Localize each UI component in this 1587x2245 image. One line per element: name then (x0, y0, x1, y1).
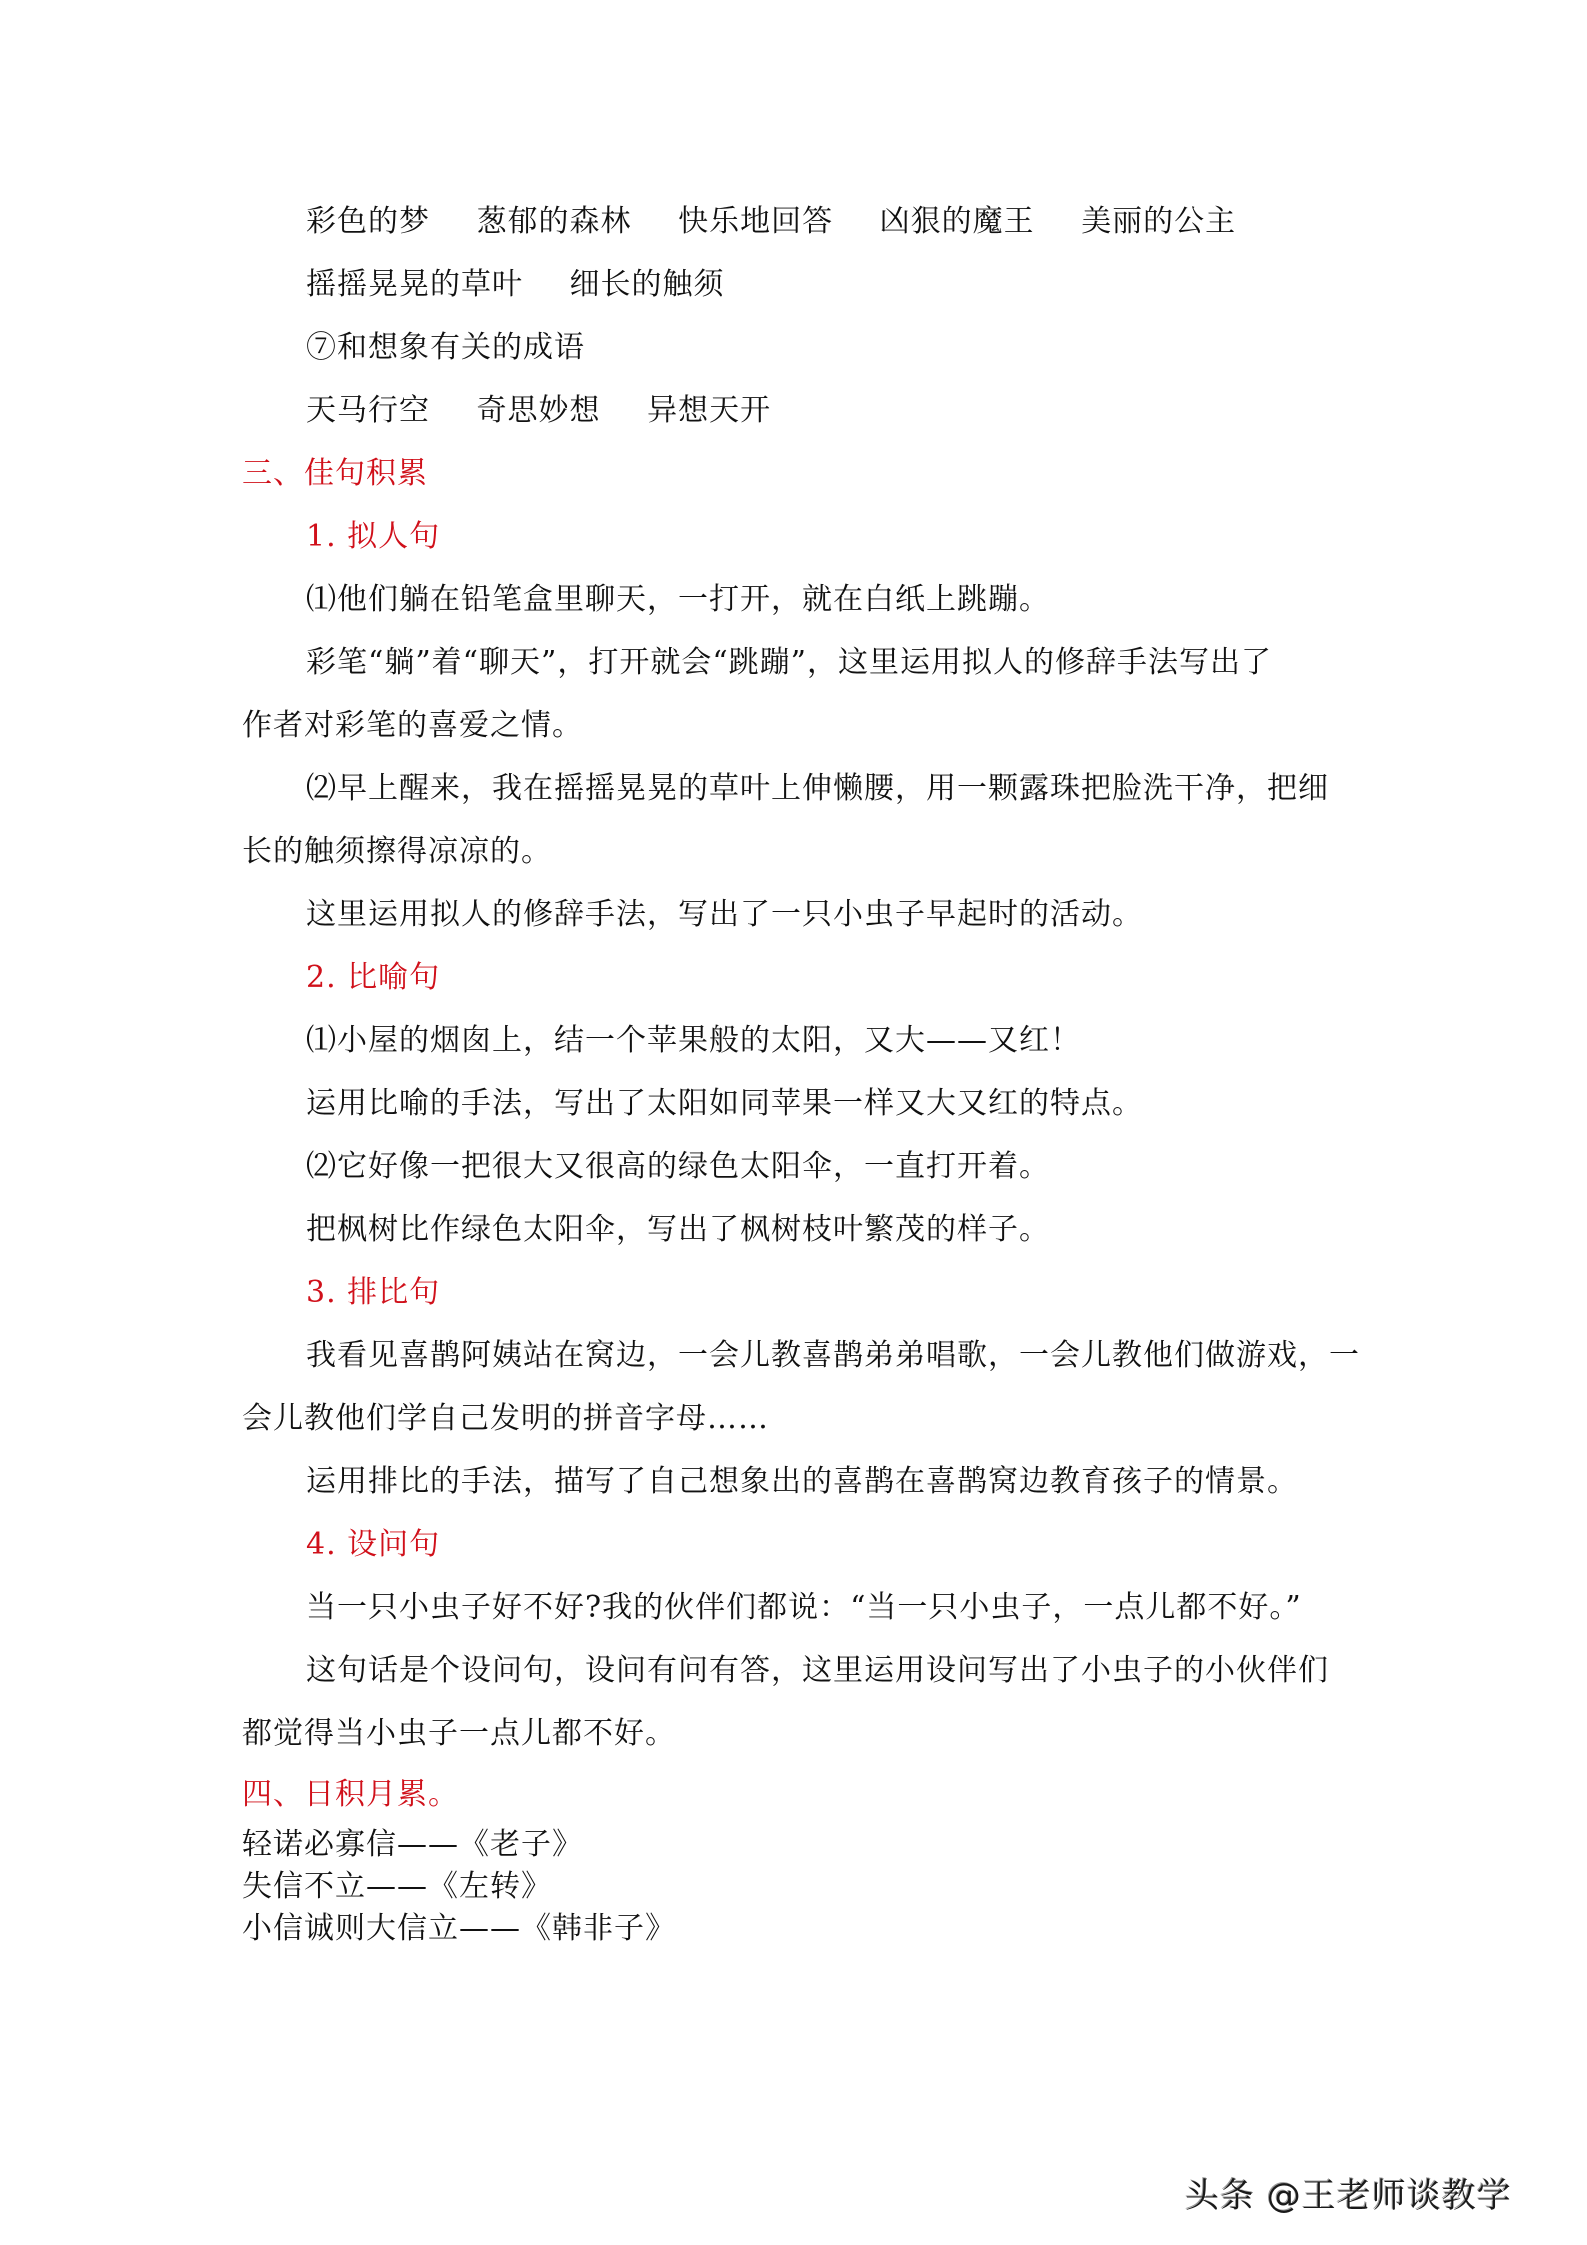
example-text: ⑴他们躺在铅笔盒里聊天，一打开，就在白纸上跳蹦。 (306, 580, 1050, 620)
vocab-word: 细长的触须 (570, 267, 725, 302)
quote-line: 失信不立——《左转》 (242, 1867, 552, 1907)
explanation-text: 这句话是个设问句，设问有问有答，这里运用设问写出了小虫子的小伙伴们 (306, 1651, 1329, 1691)
example-text: 当一只小虫子好不好?我的伙伴们都说：“当一只小虫子，一点儿都不好。” (306, 1588, 1302, 1628)
quote-line: 小信诚则大信立——《韩非子》 (242, 1909, 676, 1949)
vocab-line-1: 彩色的梦 葱郁的森林 快乐地回答 凶狠的魔王 美丽的公主 (306, 202, 1272, 242)
example-text: ⑵它好像一把很大又很高的绿色太阳伞，一直打开着。 (306, 1147, 1050, 1187)
vocab-line-2: 摇摇晃晃的草叶 细长的触须 (306, 265, 761, 305)
example-text: ⑴小屋的烟囱上，结一个苹果般的太阳，又大——又红！ (306, 1021, 1081, 1061)
explanation-text: 这里运用拟人的修辞手法，写出了一只小虫子早起时的活动。 (306, 895, 1143, 935)
section3-title: 三、佳句积累 (242, 454, 428, 494)
idiom-word: 奇思妙想 (477, 393, 601, 428)
idiom-word: 天马行空 (306, 393, 430, 428)
subsection-title-rhetorical-question: 4. 设问句 (306, 1525, 440, 1565)
vocab-word: 彩色的梦 (306, 204, 430, 239)
subsection-title-personification: 1. 拟人句 (306, 517, 440, 557)
section4-title: 四、日积月累。 (242, 1775, 459, 1815)
example-text: ⑵早上醒来，我在摇摇晃晃的草叶上伸懒腰，用一颗露珠把脸洗干净，把细 (306, 769, 1329, 809)
explanation-text: 作者对彩笔的喜爱之情。 (242, 706, 583, 746)
vocab-word: 快乐地回答 (678, 204, 833, 239)
vocab-word: 摇摇晃晃的草叶 (306, 267, 523, 302)
explanation-text: 运用比喻的手法，写出了太阳如同苹果一样又大又红的特点。 (306, 1084, 1143, 1124)
explanation-text: 都觉得当小虫子一点儿都不好。 (242, 1714, 676, 1754)
subsection-title-parallelism: 3. 排比句 (306, 1273, 440, 1313)
explanation-text: 彩笔“躺”着“聊天”，打开就会“跳蹦”，这里运用拟人的修辞手法写出了 (306, 643, 1272, 683)
example-text: 会儿教他们学自己发明的拼音字母…… (242, 1399, 769, 1439)
example-text: 我看见喜鹊阿姨站在窝边，一会儿教喜鹊弟弟唱歌，一会儿教他们做游戏，一 (306, 1336, 1360, 1376)
vocab-word: 美丽的公主 (1081, 204, 1236, 239)
document-page: 彩色的梦 葱郁的森林 快乐地回答 凶狠的魔王 美丽的公主 摇摇晃晃的草叶 细长的… (0, 0, 1587, 2245)
example-text: 长的触须擦得凉凉的。 (242, 832, 552, 872)
quote-line: 轻诺必寡信——《老子》 (242, 1825, 583, 1865)
idiom-heading: ⑦和想象有关的成语 (306, 328, 585, 368)
vocab-word: 凶狠的魔王 (880, 204, 1035, 239)
idiom-list: 天马行空 奇思妙想 异想天开 (306, 391, 807, 431)
watermark: 头条 @王老师谈教学 (1185, 2168, 1512, 2217)
idiom-word: 异想天开 (647, 393, 771, 428)
vocab-word: 葱郁的森林 (477, 204, 632, 239)
explanation-text: 运用排比的手法，描写了自己想象出的喜鹊在喜鹊窝边教育孩子的情景。 (306, 1462, 1298, 1502)
subsection-title-metaphor: 2. 比喻句 (306, 958, 440, 998)
explanation-text: 把枫树比作绿色太阳伞，写出了枫树枝叶繁茂的样子。 (306, 1210, 1050, 1250)
